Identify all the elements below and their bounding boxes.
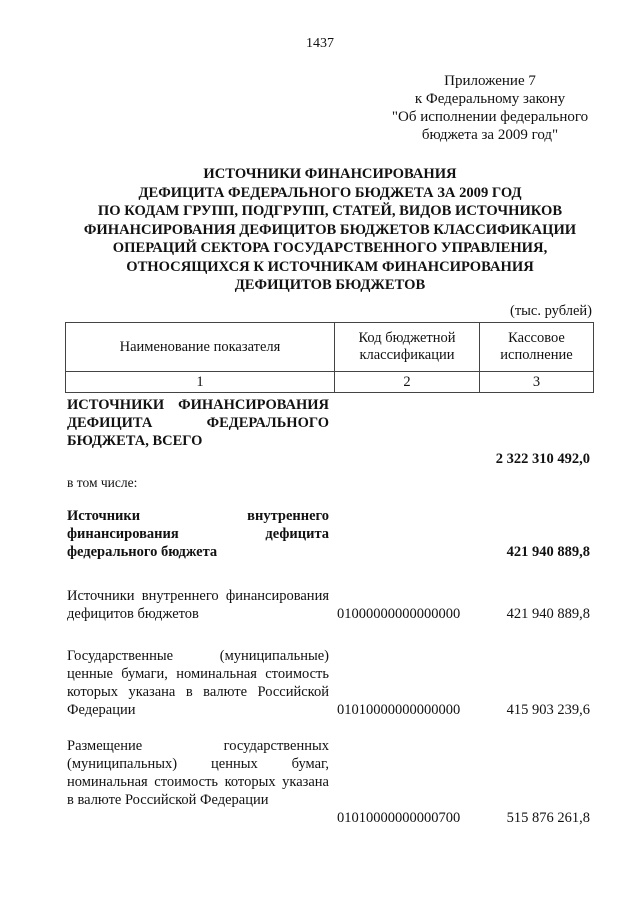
row-name: Размещение государственных (муниципальны… [67,737,329,809]
title-line: ДЕФИЦИТОВ БЮДЖЕТОВ [60,276,600,295]
row-value: 421 940 889,8 [507,543,590,561]
column-header-code-label: Код бюджетной классификации [347,330,467,364]
appendix-reference: Приложение 7 к Федеральному закону "Об и… [380,72,600,144]
row-code: 01010000000000000 [337,701,460,719]
title-line: ОПЕРАЦИЙ СЕКТОРА ГОСУДАРСТВЕННОГО УПРАВЛ… [60,239,600,258]
including-note: в том числе: [67,475,137,491]
row-code: 01010000000000700 [337,809,460,827]
row-value: 2 322 310 492,0 [496,450,590,468]
row-value: 515 876 261,8 [507,809,590,827]
appendix-line: "Об исполнении федерального [380,108,600,126]
row-value: 421 940 889,8 [507,605,590,623]
appendix-line: бюджета за 2009 год" [380,126,600,144]
column-header-execution: Кассовое исполнение [480,323,594,372]
title-line: ДЕФИЦИТА ФЕДЕРАЛЬНОГО БЮДЖЕТА ЗА 2009 ГО… [60,184,600,203]
row-name: ИСТОЧНИКИ ФИНАНСИРОВАНИЯ ДЕФИЦИТА ФЕДЕРА… [67,396,329,450]
title-line: ФИНАНСИРОВАНИЯ ДЕФИЦИТОВ БЮДЖЕТОВ КЛАССИ… [60,221,600,240]
title-line: ИСТОЧНИКИ ФИНАНСИРОВАНИЯ [60,165,600,184]
column-number: 2 [335,372,480,393]
appendix-line: к Федеральному закону [380,90,600,108]
column-number: 3 [480,372,594,393]
page-number: 1437 [0,36,640,52]
row-value: 415 903 239,6 [507,701,590,719]
row-name: Источники внутреннего финансирования деф… [67,507,329,561]
title-line: ОТНОСЯЩИХСЯ К ИСТОЧНИКАМ ФИНАНСИРОВАНИЯ [60,258,600,277]
units-label: (тыс. рублей) [510,303,592,320]
title-line: ПО КОДАМ ГРУПП, ПОДГРУПП, СТАТЕЙ, ВИДОВ … [60,202,600,221]
row-name: Источники внутреннего финансирования деф… [67,587,329,623]
table-header: Наименование показателя Код бюджетной кл… [65,322,594,393]
column-header-execution-label: Кассовое исполнение [492,330,582,364]
row-name: Государственные (муниципальные) ценные б… [67,647,329,719]
column-header-name: Наименование показателя [66,323,335,372]
document-title: ИСТОЧНИКИ ФИНАНСИРОВАНИЯ ДЕФИЦИТА ФЕДЕРА… [60,165,600,295]
appendix-line: Приложение 7 [380,72,600,90]
column-number: 1 [66,372,335,393]
row-code: 01000000000000000 [337,605,460,623]
column-header-code: Код бюджетной классификации [335,323,480,372]
